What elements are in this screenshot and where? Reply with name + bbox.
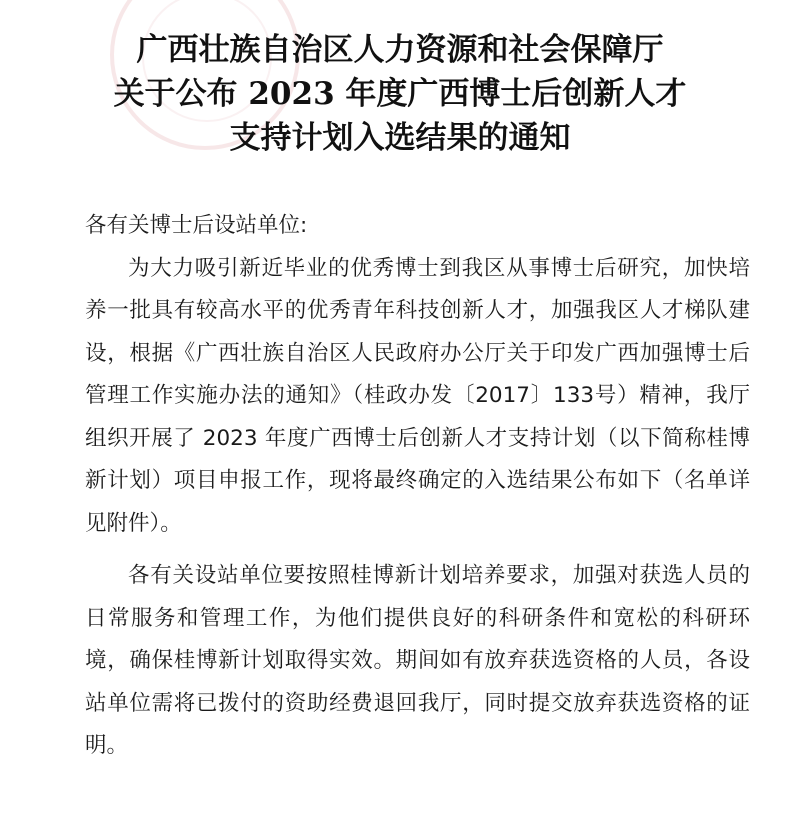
title-line-2: 关于公布 2023 年度广西博士后创新人才 [0, 72, 800, 116]
document-body: 各有关博士后设站单位: 为大力吸引新近毕业的优秀博士到我区从事博士后研究，加快培… [85, 205, 750, 768]
title-line-1: 广西壮族自治区人力资源和社会保障厅 [0, 28, 800, 72]
salutation: 各有关博士后设站单位: [85, 205, 750, 248]
document-title: 广西壮族自治区人力资源和社会保障厅 关于公布 2023 年度广西博士后创新人才 … [0, 28, 800, 160]
paragraph-2: 各有关设站单位要按照桂博新计划培养要求，加强对获选人员的日常服务和管理工作，为他… [85, 555, 750, 768]
paragraph-1: 为大力吸引新近毕业的优秀博士到我区从事博士后研究，加快培养一批具有较高水平的优秀… [85, 248, 750, 546]
title-line-3: 支持计划入选结果的通知 [0, 116, 800, 160]
